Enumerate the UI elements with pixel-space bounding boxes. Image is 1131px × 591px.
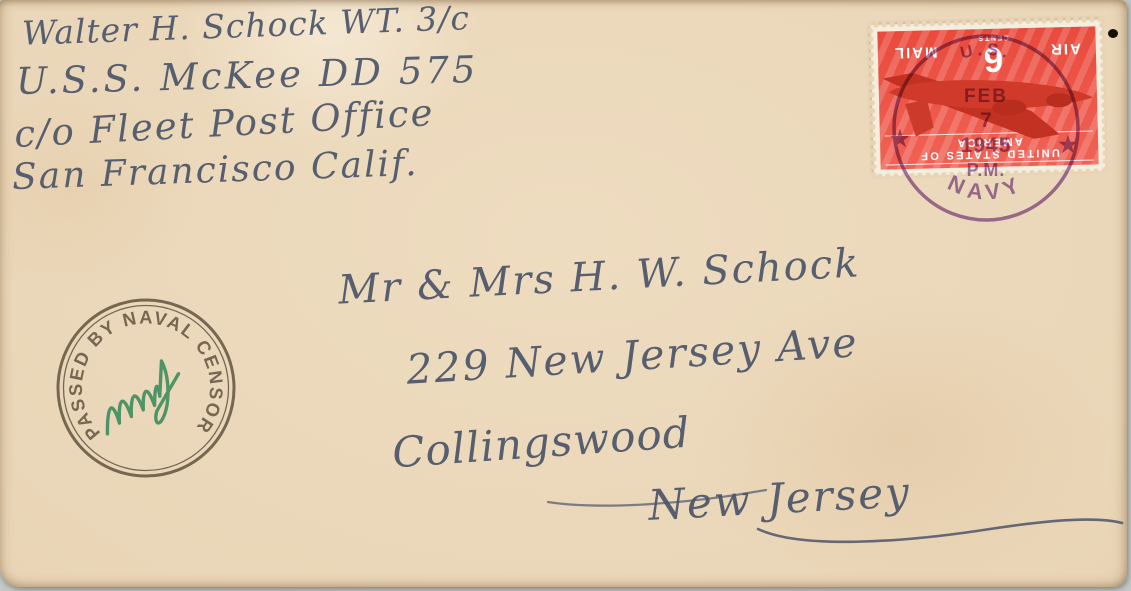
postmark-meridiem: P.M. [967,160,1006,180]
recipient-address-line: Mr & Mrs H. W. Schock [337,240,861,313]
recipient-address-line: 229 New Jersey Ave [405,318,860,394]
postmark-day: 7 [980,109,992,132]
scan-background: Walter H. Schock WT. 3/c U.S.S. McKee DD… [0,0,1131,591]
censor-signature [95,358,188,434]
star-icon: ★ [1058,132,1078,157]
envelope: Walter H. Schock WT. 3/c U.S.S. McKee DD… [0,0,1127,587]
svg-text:PASSED BY NAVAL CENSOR: PASSED BY NAVAL CENSOR [65,306,227,444]
censor-inner-ring [64,306,229,471]
postmark: U.S. FEB 7 1945 P.M. NAVY ★ ★ [870,30,1102,228]
postmark-month: FEB [964,86,1008,107]
postmark-top-arc: U.S. [959,40,1015,63]
postmark-year: 1945 [961,134,1012,157]
pen-flourish [640,505,1126,555]
censor-stamp: PASSED BY NAVAL CENSOR [52,294,240,482]
censor-label: PASSED BY NAVAL CENSOR [65,306,227,444]
svg-text:U.S.: U.S. [959,40,1015,63]
return-address-line: Walter H. Schock WT. 3/c [21,0,470,53]
ink-dot [1108,29,1118,38]
star-icon: ★ [890,126,910,151]
recipient-address-line: Collingswood [391,408,692,478]
